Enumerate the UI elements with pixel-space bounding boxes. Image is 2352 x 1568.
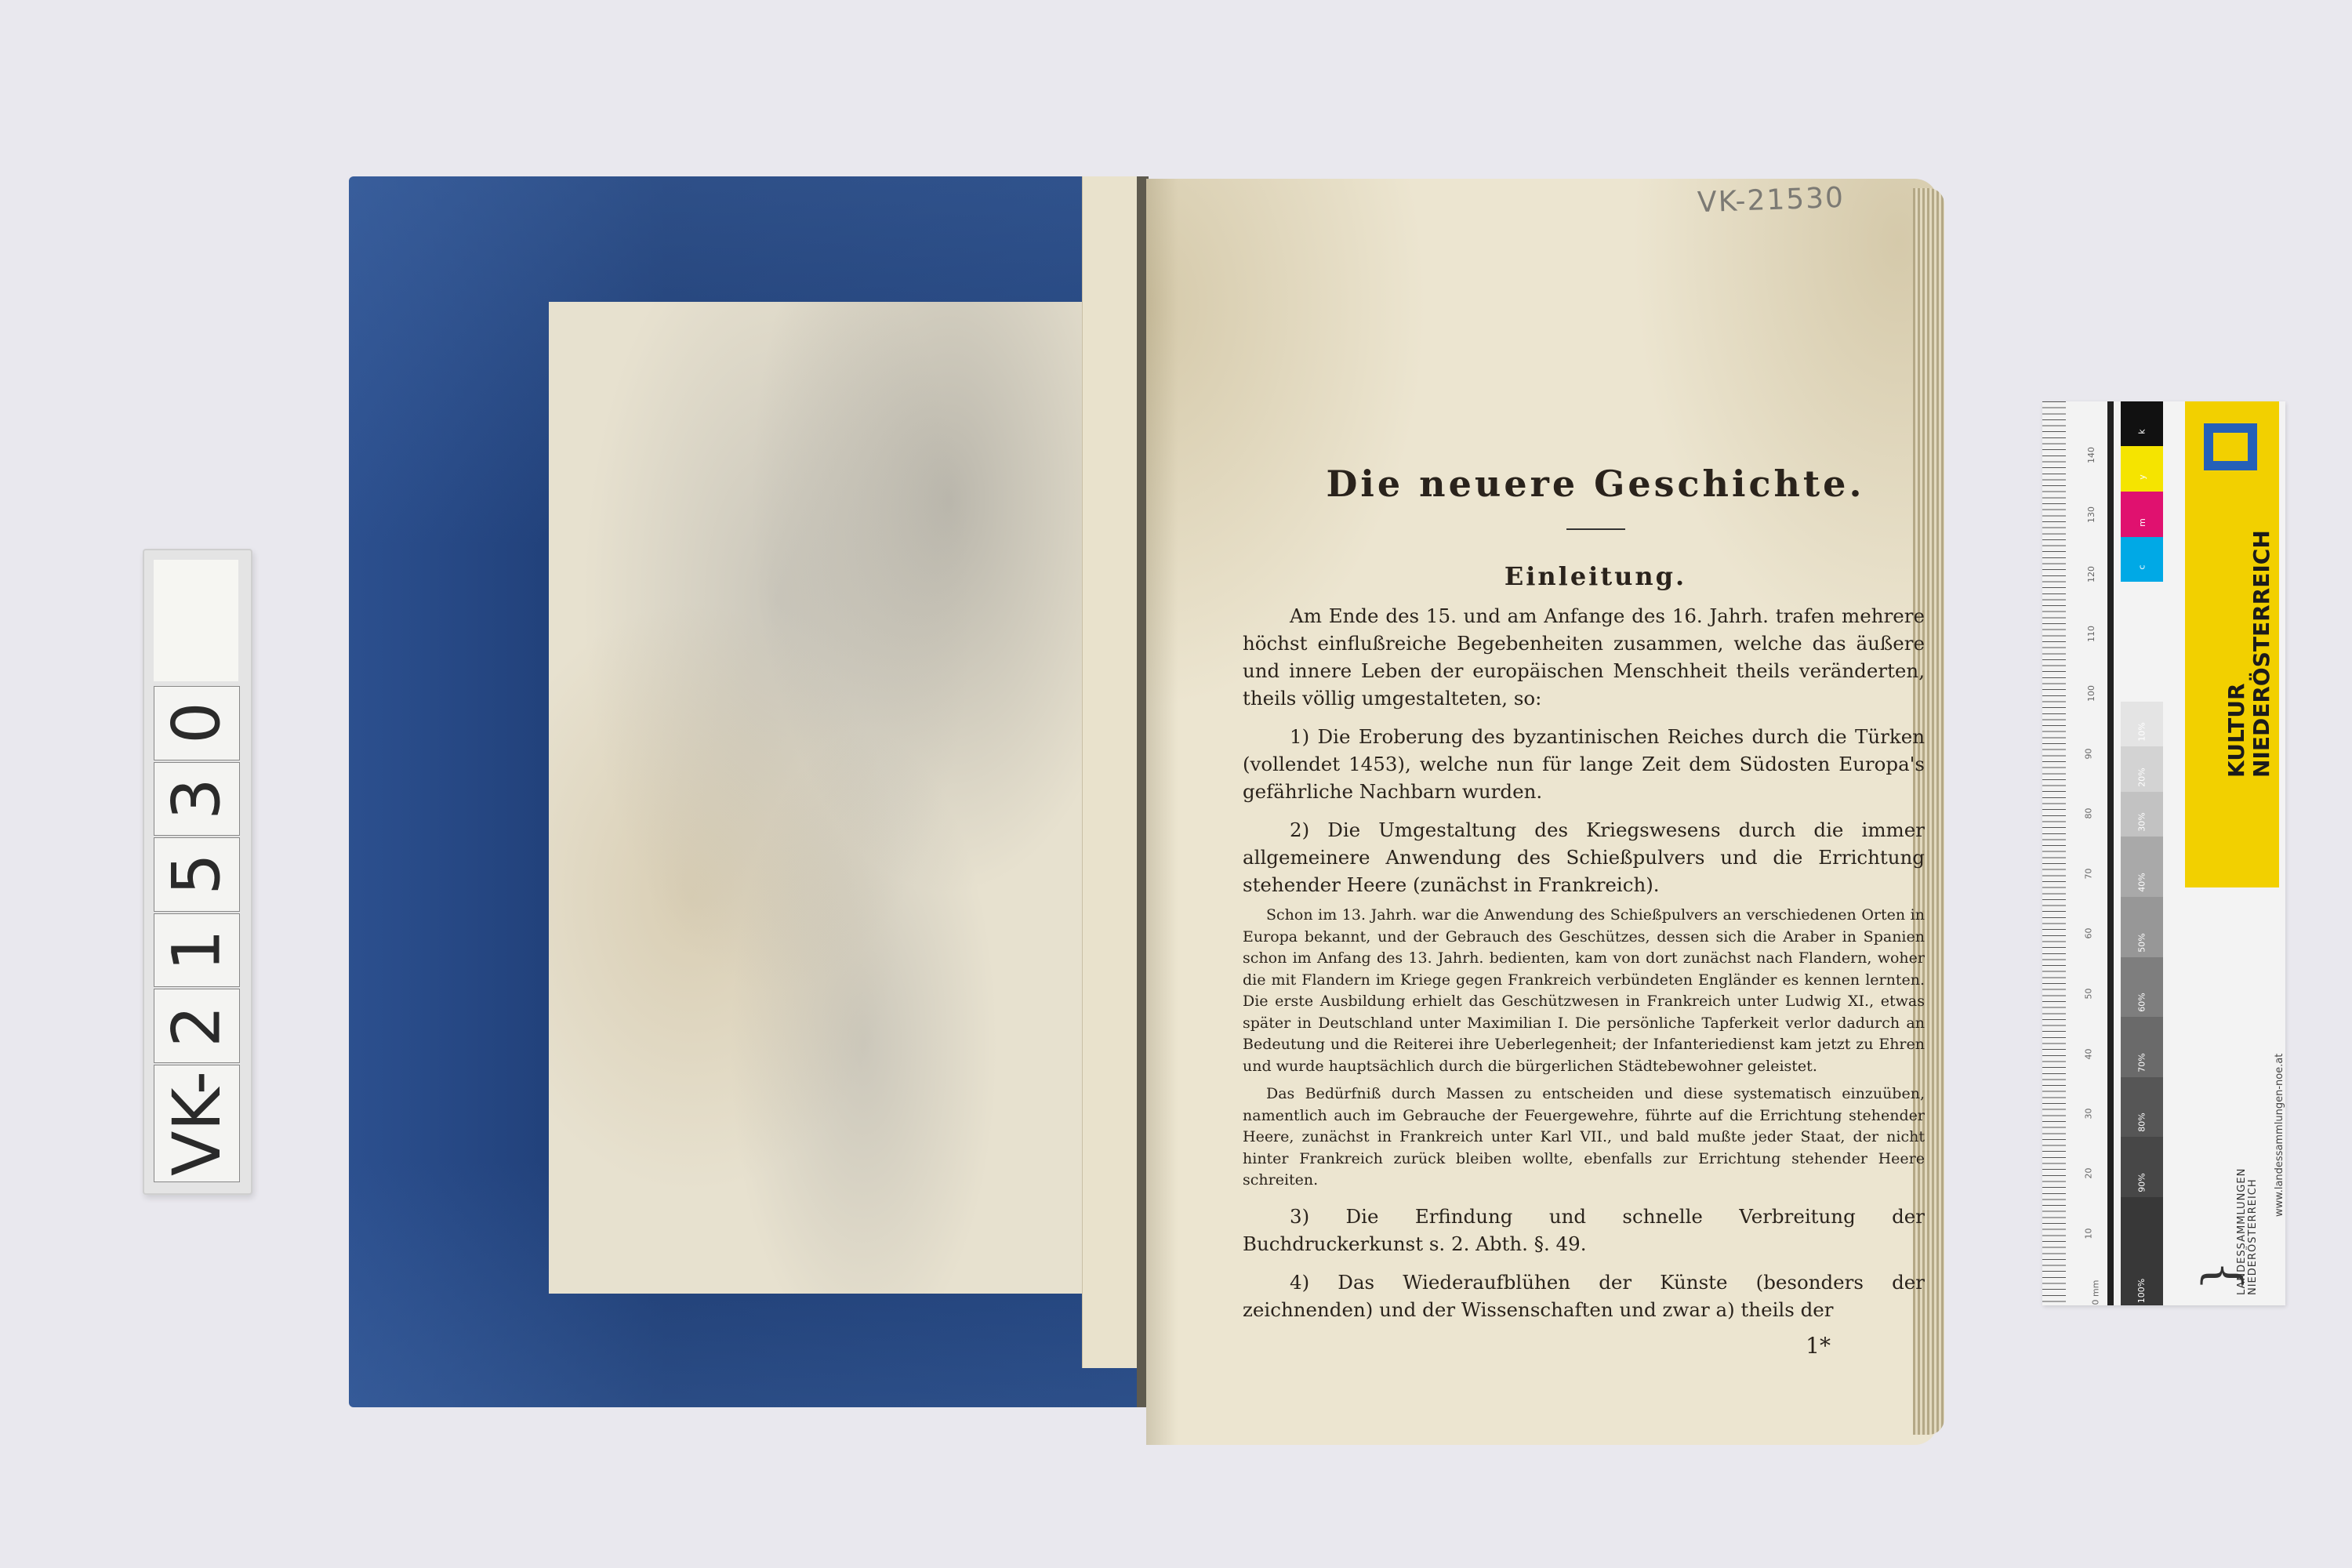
- gray-swatch: 80%: [2121, 1077, 2163, 1137]
- paragraph: 4) Das Wiederaufblühen der Künste (beson…: [1243, 1269, 1925, 1323]
- ruler-label: 10: [2084, 1229, 2094, 1240]
- ruler-label: 120: [2086, 566, 2096, 583]
- ruler-label: 50: [2084, 989, 2094, 1000]
- flyleaf-strip: [1082, 176, 1138, 1368]
- brand-text: KULTUR NIEDERÖSTERREICH: [2224, 530, 2274, 778]
- ruler-label: 90: [2084, 749, 2094, 760]
- gray-swatch: 100%: [2121, 1197, 2163, 1305]
- ruler-label: 110: [2086, 626, 2096, 642]
- ruler-label: 20: [2084, 1168, 2094, 1179]
- color-scale-card: 0 mm 10 20 30 40 50 60 70 80 90 100 110 …: [2042, 401, 2285, 1305]
- label-char: 3: [154, 762, 240, 837]
- label-char: 2: [154, 989, 240, 1063]
- signature-mark: 1*: [1243, 1333, 1831, 1359]
- paragraph-small: Schon im 13. Jahrh. war die Anwendung de…: [1243, 905, 1925, 1077]
- gray-swatch: 20%: [2121, 746, 2163, 792]
- gray-swatch: 40%: [2121, 837, 2163, 897]
- ruler-label: 80: [2084, 808, 2094, 819]
- label-char: 1: [154, 913, 240, 988]
- label-char: 0: [154, 686, 240, 760]
- ruler-label: 130: [2086, 506, 2096, 523]
- ruler-label: 100: [2086, 685, 2096, 702]
- label-char: VK-: [154, 1065, 240, 1182]
- title-divider: [1566, 528, 1625, 530]
- paragraph: 2) Die Umgestaltung des Kriegswesens dur…: [1243, 816, 1925, 898]
- ruler-label: 140: [2086, 447, 2096, 463]
- ruler-label: 30: [2084, 1109, 2094, 1120]
- swatch-cyan: c: [2121, 537, 2163, 582]
- ruler-label: 0 mm: [2090, 1280, 2100, 1305]
- gray-swatch: 70%: [2121, 1017, 2163, 1077]
- accession-label: VK- 2 1 5 3 0: [143, 549, 252, 1195]
- ruler-label: 70: [2084, 869, 2094, 880]
- gray-swatch: 50%: [2121, 897, 2163, 957]
- gray-swatch: 60%: [2121, 957, 2163, 1017]
- ruler-label: 40: [2084, 1049, 2094, 1060]
- black-reference-bar: [2107, 401, 2114, 1305]
- brand-panel: KULTUR NIEDERÖSTERREICH: [2185, 401, 2279, 887]
- swatch-black: k: [2121, 401, 2163, 446]
- swatch-magenta: m: [2121, 492, 2163, 537]
- paragraph: 1) Die Eroberung des byzantinischen Reic…: [1243, 723, 1925, 805]
- pastedown-page-handwritten: [549, 302, 1121, 1294]
- paragraph: Am Ende des 15. und am Anfange des 16. J…: [1243, 602, 1925, 712]
- label-blank-area: [154, 560, 238, 681]
- section-heading: Einleitung.: [1266, 561, 1925, 591]
- gray-swatch: 10%: [2121, 702, 2163, 746]
- gray-swatch: 30%: [2121, 792, 2163, 837]
- gray-swatch: 90%: [2121, 1137, 2163, 1197]
- swatch-yellow: y: [2121, 446, 2163, 492]
- page-title: Die neuere Geschichte.: [1266, 463, 1925, 505]
- institution-url: www.landessammlungen-noe.at: [2274, 1054, 2285, 1217]
- label-char: 5: [154, 837, 240, 912]
- noe-logo-icon: [2204, 423, 2257, 470]
- label-characters: VK- 2 1 5 3 0: [154, 685, 240, 1183]
- page-text-block: Die neuere Geschichte. Einleitung. Am En…: [1243, 463, 1925, 1359]
- pencil-inventory-number: VK-21530: [1697, 182, 1845, 220]
- paragraph-small: Das Bedürfniß durch Massen zu entscheide…: [1243, 1083, 1925, 1192]
- institution-name: LANDESSAMMLUNGEN NIEDERÖSTERREICH: [2237, 1168, 2259, 1295]
- ruler-label: 60: [2084, 928, 2094, 939]
- paragraph: 3) Die Erfindung und schnelle Verbreitun…: [1243, 1203, 1925, 1258]
